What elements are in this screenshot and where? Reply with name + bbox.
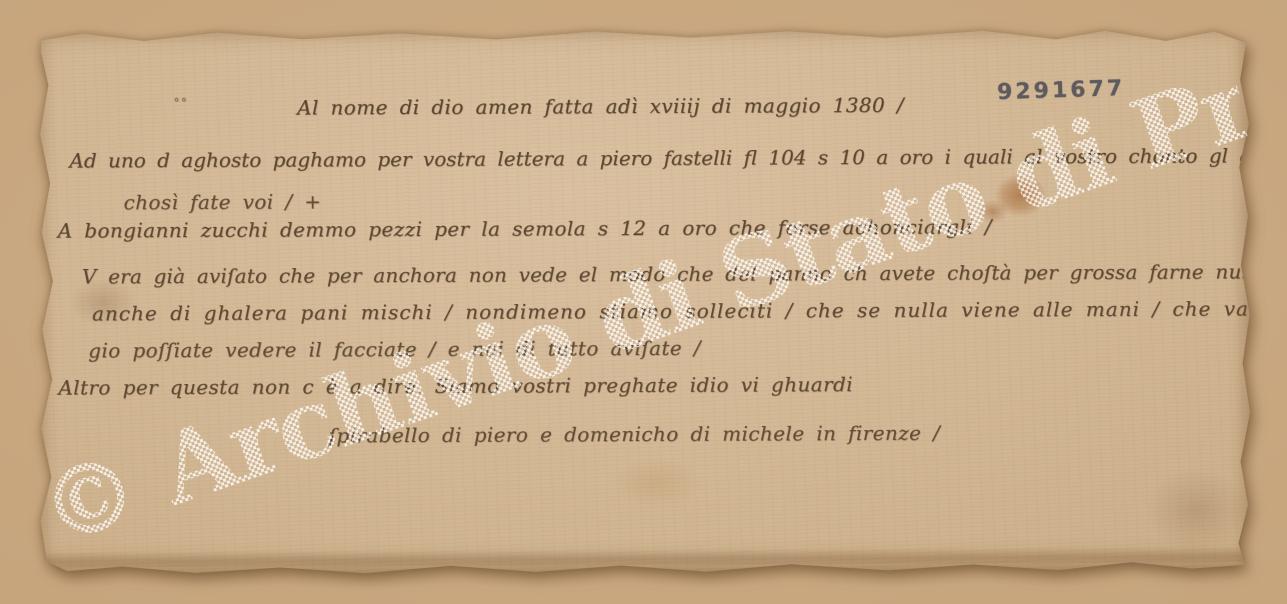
stain-rust-spot	[985, 166, 1055, 224]
stain-bottom-right	[1132, 455, 1262, 566]
handwriting-line: anche di ghalera pani mischi / nondimeno…	[92, 296, 1285, 325]
letter-paper-wrapper: ∘∘ Al nome di dio amen fatta adì xviiij …	[35, 25, 1253, 575]
handwriting-line: Altro per questa non c è a dire. Siamo v…	[58, 372, 853, 399]
handwriting-signature-line: ſpirabello di piero e domenicho di miche…	[329, 421, 941, 448]
archive-number-stamp: 9291677	[997, 76, 1126, 105]
scanned-document-page: { "document_type": "handwritten letter (…	[0, 0, 1287, 604]
handwriting-line: gio poſſiate vedere il facciate / e noi …	[88, 336, 701, 363]
handwriting-line: chosì fate voi / +	[124, 189, 322, 214]
paper-bottom-fold-shadow	[37, 546, 1253, 567]
handwriting-line: V era già aviſato che per anchora non ve…	[82, 259, 1286, 288]
handwriting-line-heading: Al nome di dio amen fatta adì xviiij di …	[297, 93, 904, 120]
handwriting-line: Ad uno d aghosto paghamo per vostra lett…	[69, 143, 1287, 173]
handwriting-opening-mark: ∘∘	[173, 92, 188, 108]
letter-paper: ∘∘ Al nome di dio amen fatta adì xviiij …	[35, 25, 1253, 575]
stain-center-bottom	[597, 448, 717, 519]
handwriting-line: A bongianni zucchi demmo pezzi per la se…	[58, 214, 992, 242]
